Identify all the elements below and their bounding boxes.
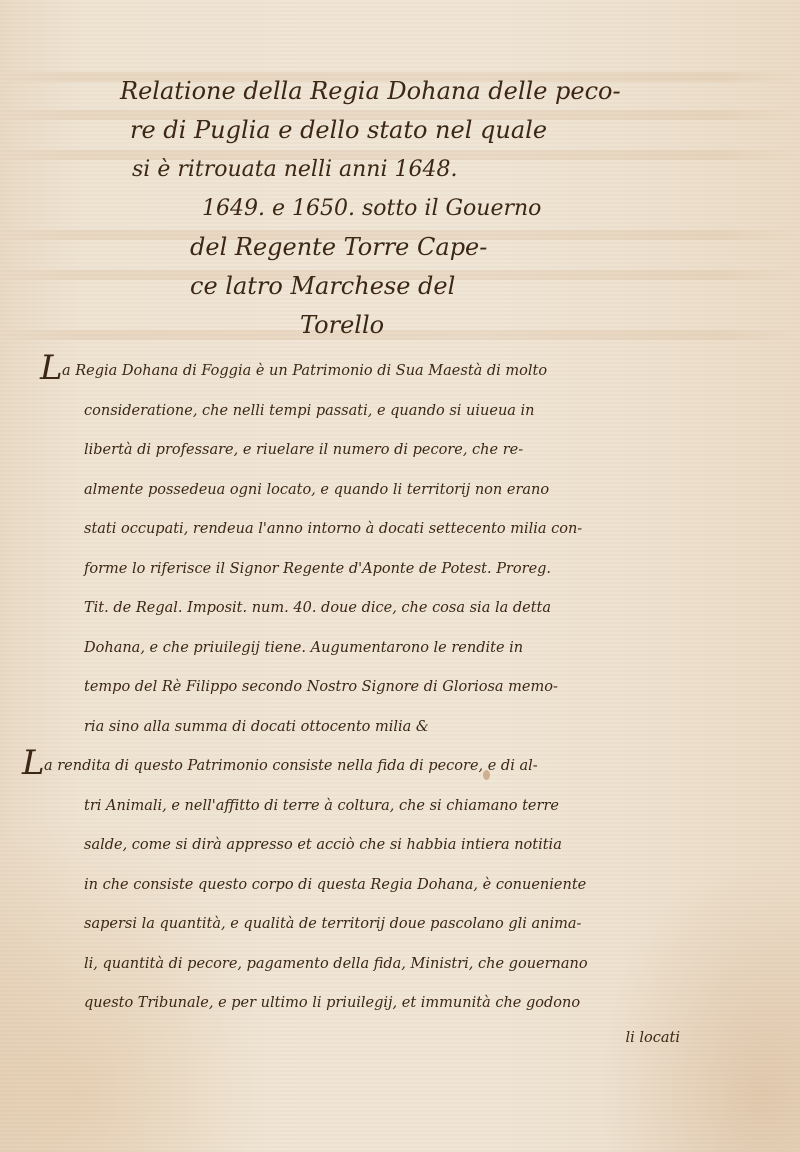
paragraph-2: La rendita di questo Patrimonio consiste… — [40, 747, 680, 1052]
drop-cap: L — [22, 753, 44, 773]
document-title: Relatione della Regia Dohana delle peco-… — [110, 72, 630, 345]
text-line: tempo del Rè Filippo secondo Nostro Sign… — [40, 668, 680, 708]
title-line: ce latro Marchese del — [110, 267, 630, 306]
text-line: forme lo riferisce il Signor Regente d'A… — [40, 550, 680, 590]
title-line: del Regente Torre Cape- — [110, 228, 630, 267]
text-line: La rendita di questo Patrimonio consiste… — [22, 747, 680, 787]
text-line: tri Animali, e nell'affitto di terre à c… — [40, 787, 680, 827]
text-line: La Regia Dohana di Foggia è un Patrimoni… — [40, 352, 680, 392]
drop-cap: L — [40, 358, 62, 378]
catchword: li locati — [40, 1024, 680, 1052]
paragraph-1: La Regia Dohana di Foggia è un Patrimoni… — [40, 352, 680, 747]
text-line: salde, come si dirà appresso et acciò ch… — [40, 826, 680, 866]
text-line: ria sino alla summa di docati ottocento … — [40, 708, 680, 748]
text-line: Tit. de Regal. Imposit. num. 40. doue di… — [40, 589, 680, 629]
text-line: sapersi la quantità, e qualità de territ… — [40, 905, 680, 945]
text-line: li, quantità di pecore, pagamento della … — [40, 945, 680, 985]
text-line: in che consiste questo corpo di questa R… — [40, 866, 680, 906]
title-line: Relatione della Regia Dohana delle peco- — [110, 72, 630, 111]
text-line: consideratione, che nelli tempi passati,… — [40, 392, 680, 432]
title-line: Torello — [110, 306, 630, 345]
ink-stain — [483, 770, 490, 780]
title-line: 1649. e 1650. sotto il Gouerno — [110, 189, 630, 228]
text-line: almente possedeua ogni locato, e quando … — [40, 471, 680, 511]
text-line: questo Tribunale, e per ultimo li priuil… — [40, 984, 680, 1024]
document-body: La Regia Dohana di Foggia è un Patrimoni… — [40, 352, 680, 1052]
text-line: Dohana, e che priuilegij tiene. Augument… — [40, 629, 680, 669]
manuscript-page: Relatione della Regia Dohana delle peco-… — [0, 0, 800, 1152]
text-line: libertà di professare, e riuelare il num… — [40, 431, 680, 471]
title-line: re di Puglia e dello stato nel quale — [110, 111, 630, 150]
text-line: stati occupati, rendeua l'anno intorno à… — [40, 510, 680, 550]
title-line: si è ritrouata nelli anni 1648. — [110, 150, 630, 189]
